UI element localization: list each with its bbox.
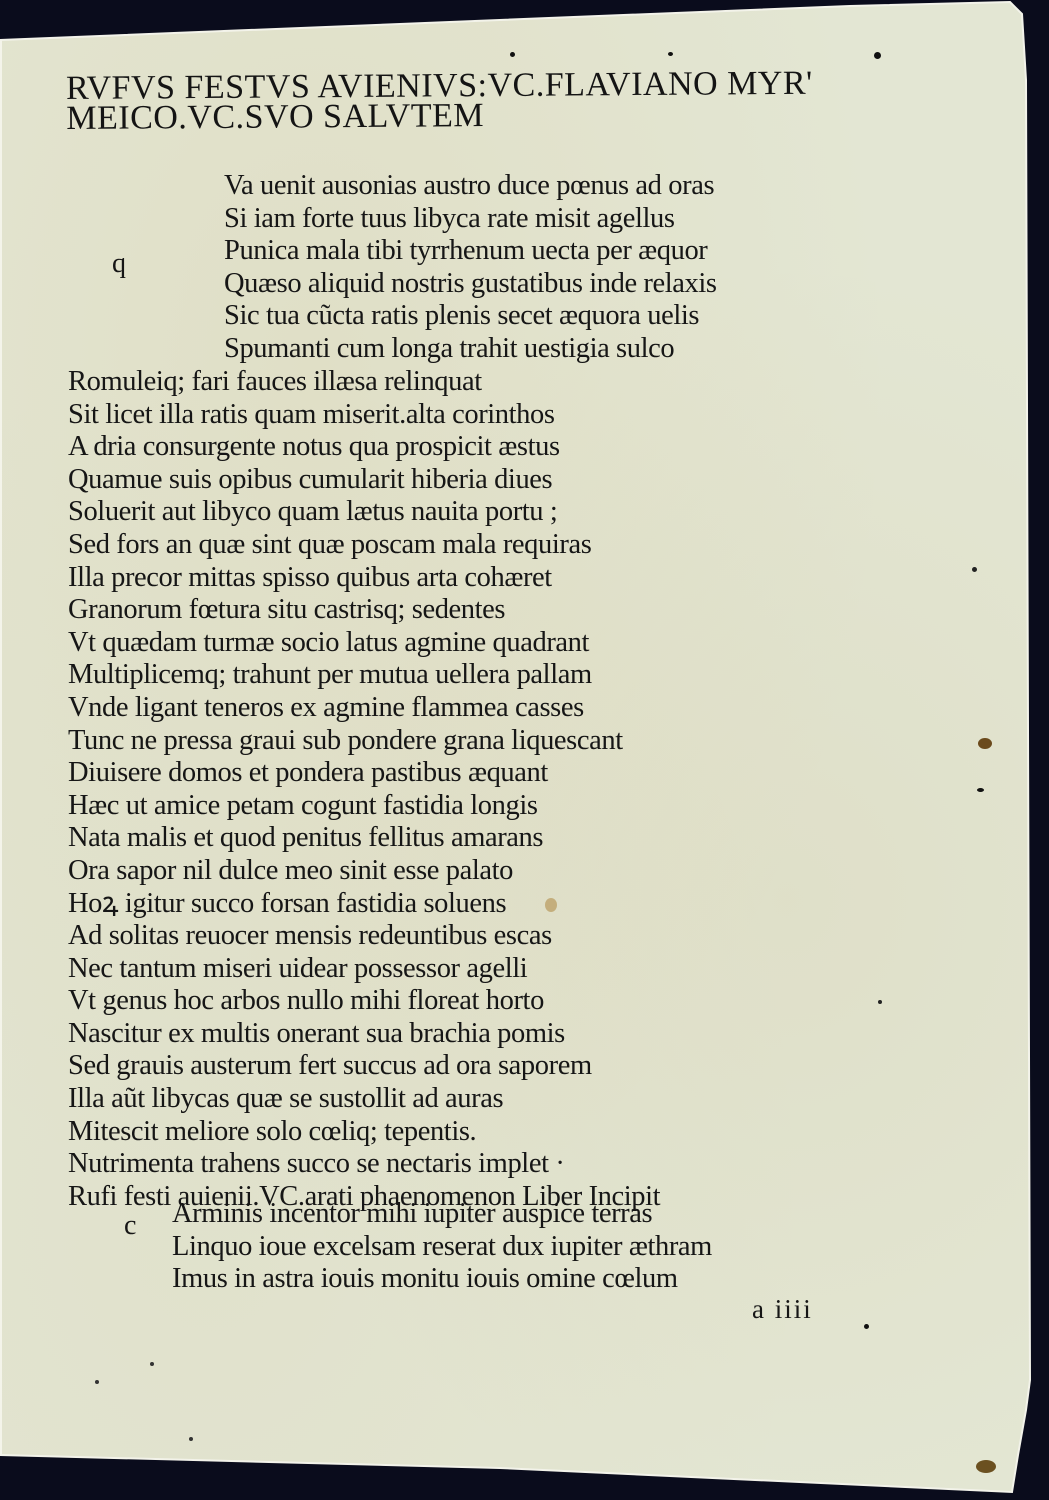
ink-speck [864, 1324, 869, 1329]
ink-speck [95, 1380, 99, 1384]
verse-line: Hæc ut amice petam cogunt fastidia longi… [68, 790, 660, 823]
closing-verses: Arminis incentor mihi iupiter auspice te… [172, 1198, 712, 1296]
guide-letter-c: c [124, 1210, 136, 1242]
verse-line: Ad solitas reuocer mensis redeuntibus es… [68, 920, 660, 953]
ink-speck [150, 1362, 154, 1366]
main-verses: Romuleiq; fari fauces illæsa relinquat S… [68, 366, 660, 1213]
ink-speck [977, 788, 984, 792]
stain-mark [545, 898, 557, 912]
verse-line: Sed fors an quæ sint quæ poscam mala req… [68, 529, 660, 562]
verse-line: Romuleiq; fari fauces illæsa relinquat [68, 366, 660, 399]
verse-line: Vt genus hoc arbos nullo mihi floreat ho… [68, 985, 660, 1018]
verse-line: Nutrimenta trahens succo se nectaris imp… [68, 1148, 660, 1181]
verse-line: Vnde ligant teneros ex agmine flammea ca… [68, 692, 660, 725]
verse-line: Spumanti cum longa trahit uestigia sulco [224, 333, 717, 366]
verse-line: Nata malis et quod penitus fellitus amar… [68, 822, 660, 855]
verse-line: Mitescit meliore solo cœliq; tepentis. [68, 1116, 660, 1149]
verse-line: Sic tua cũcta ratis plenis secet æquora … [224, 300, 717, 333]
verse-line: Va uenit ausonias austro duce pœnus ad o… [224, 170, 717, 203]
verse-line: Illa aũt libycas quæ se sustollit ad aur… [68, 1083, 660, 1116]
signature-mark: a iiii [752, 1294, 813, 1325]
verse-line: Vt quædam turmæ socio latus agmine quadr… [68, 627, 660, 660]
scanned-book-page: RVFVS FESTVS AVIENIVS:VC.FLAVIANO MYR' M… [0, 0, 1049, 1500]
guide-letter-q: q [112, 248, 126, 280]
verse-line: Ora sapor nil dulce meo sinit esse palat… [68, 855, 660, 888]
verse-line: Nec tantum miseri uidear possessor agell… [68, 953, 660, 986]
page-heading: RVFVS FESTVS AVIENIVS:VC.FLAVIANO MYR' M… [66, 69, 813, 134]
ink-speck [668, 52, 673, 56]
verse-line: Punica mala tibi tyrrhenum uecta per æqu… [224, 235, 717, 268]
verse-line: Linquo ioue excelsam reserat dux iupiter… [172, 1231, 712, 1264]
verse-line: Si iam forte tuus libyca rate misit agel… [224, 203, 717, 236]
ink-speck [874, 52, 881, 59]
verse-line: Diuisere domos et pondera pastibus æquan… [68, 757, 660, 790]
ink-speck [189, 1437, 193, 1441]
heading-line-2: MEICO.VC.SVO SALVTEM [66, 99, 813, 134]
verse-line: A dria consurgente notus qua prospicit æ… [68, 431, 660, 464]
verse-line: Illa precor mittas spisso quibus arta co… [68, 562, 660, 595]
verse-line: Tunc ne pressa graui sub pondere grana l… [68, 725, 660, 758]
verse-line: Sit licet illa ratis quam miserit.alta c… [68, 399, 660, 432]
verse-line: Hoꝝ igitur succo forsan fastidia soluens [68, 888, 660, 921]
stain-mark [978, 738, 992, 749]
verse-line: Granorum fœtura situ castrisq; sedentes [68, 594, 660, 627]
verse-line: Quæso aliquid nostris gustatibus inde re… [224, 268, 717, 301]
verse-line: Quamue suis opibus cumularit hiberia diu… [68, 464, 660, 497]
verse-line: Nascitur ex multis onerant sua brachia p… [68, 1018, 660, 1051]
verse-line: Soluerit aut libyco quam lætus nauita po… [68, 496, 660, 529]
stain-mark [976, 1460, 996, 1473]
ink-speck [878, 1000, 882, 1004]
ink-speck [510, 52, 515, 57]
verse-line: Imus in astra iouis monitu iouis omine c… [172, 1263, 712, 1296]
verse-line: Multiplicemq; trahunt per mutua uellera … [68, 659, 660, 692]
verse-line: Sed grauis austerum fert succus ad ora s… [68, 1050, 660, 1083]
ink-speck [972, 567, 977, 572]
opening-verses: Va uenit ausonias austro duce pœnus ad o… [224, 170, 717, 366]
verse-line: Arminis incentor mihi iupiter auspice te… [172, 1198, 712, 1231]
